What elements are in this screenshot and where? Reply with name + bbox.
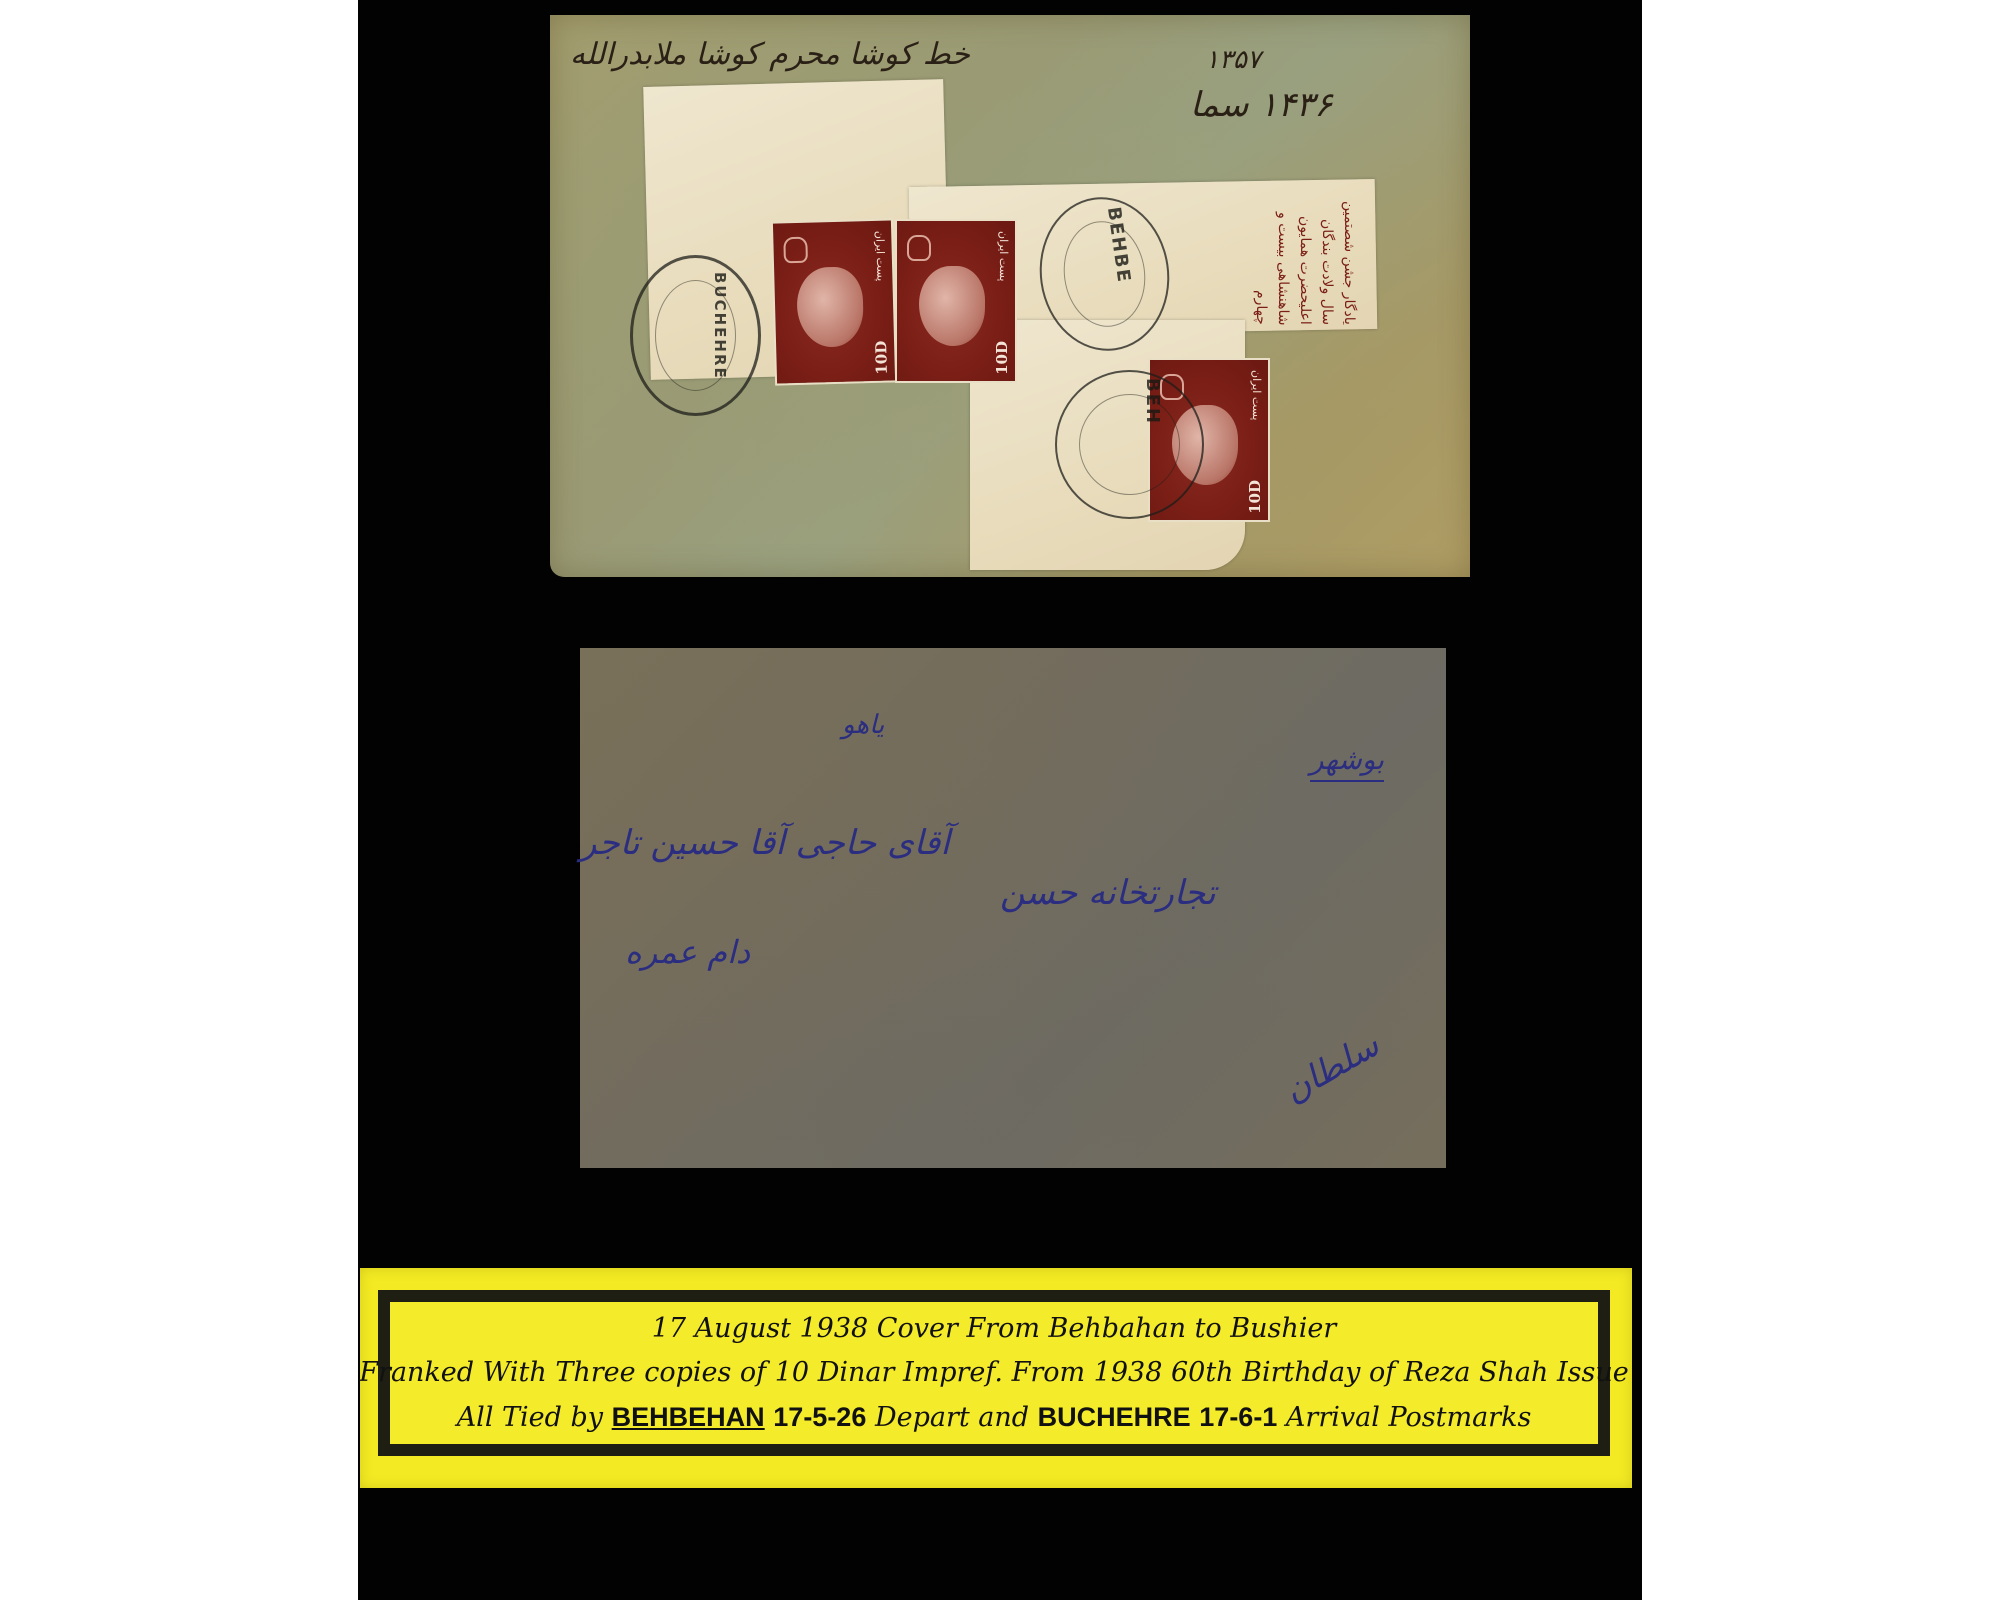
stamp-inscription: پست ایران [873,231,887,282]
caption-frame: 17 August 1938 Cover From Behbahan to Bu… [378,1290,1610,1456]
stamp-10d-1: پست ایران 10D [773,220,895,383]
crown-emblem-icon [907,235,931,261]
portrait-reza-shah [796,266,864,348]
stamp-inscription: پست ایران [1250,370,1263,421]
selvage-inscription: یادگار جشن شصتمین سال ولادت بندگان اعلیح… [1270,195,1360,325]
handwriting-signature: سلطان [1277,1025,1386,1111]
caption-destination-date: 17-6-1 [1199,1402,1277,1432]
stamp-value: 10D [1246,480,1264,514]
caption-origin-date: 17-5-26 [773,1402,866,1432]
handwriting-top-right-numeral: ۱۳۵۷ [1205,45,1261,75]
postmark-behbehan-2: BEH [1055,370,1204,519]
handwriting-address-3: دام عمره [625,933,750,971]
caption-destination: BUCHEHRE [1038,1402,1191,1432]
stamp-value: 10D [993,341,1011,375]
caption-origin: BEHBEHAN [612,1402,765,1432]
postmark-buchehre: BUCHEHRE [630,255,761,416]
cover-front: خط کوشا محرم کوشا ملابدرالله ۱۳۵۷ ۱۴۳۶ س… [550,15,1470,577]
handwriting-ya-hu: یاهو [842,710,884,740]
handwriting-address-1: تجارتخانه حسن [1000,873,1216,913]
stamp-value: 10D [872,341,891,375]
postmark-text: BUCHEHRE [711,272,729,380]
postmark-text: BEH [1142,378,1163,425]
caption-suffix: Arrival Postmarks [1286,1402,1531,1433]
caption-mid: Depart and [875,1402,1029,1433]
caption-line-2: Franked With Three copies of 10 Dinar Im… [359,1353,1628,1393]
cover-back: یاهو بوشهر تجارتخانه حسن آقای حاجی آقا ح… [580,648,1446,1168]
caption-prefix: All Tied by [457,1402,603,1433]
handwriting-bushehr: بوشهر [1310,743,1384,782]
portrait-reza-shah [919,266,985,346]
handwriting-top-left: خط کوشا محرم کوشا ملابدرالله [570,37,970,72]
caption-label: 17 August 1938 Cover From Behbahan to Bu… [360,1268,1632,1488]
stamp-10d-2: پست ایران 10D [897,221,1015,381]
handwriting-top-right: ۱۴۳۶ سما [1190,85,1332,125]
handwriting-address-2: آقای حاجی آقا حسین تاجر [580,823,950,863]
stamp-inscription: پست ایران [997,231,1010,282]
caption-line-3: All Tied by BEHBEHAN 17-5-26 Depart and … [457,1397,1532,1438]
postmark-text: BEHBE [1103,206,1135,285]
caption-line-1: 17 August 1938 Cover From Behbahan to Bu… [652,1309,1337,1349]
crown-emblem-icon [783,237,808,264]
